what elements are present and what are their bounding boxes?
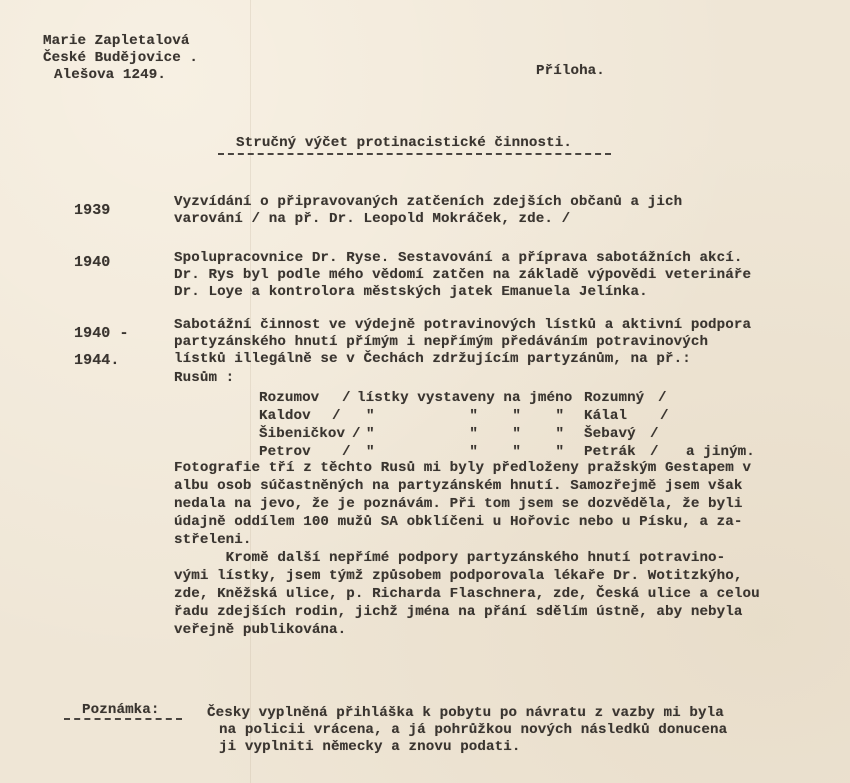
paragraph-line: Kromě další nepřímé podpory partyzánskéh… — [174, 551, 725, 565]
alias-real-name: Petrák — [584, 445, 636, 459]
alias-real-name: Rozumný — [584, 391, 644, 405]
entry-line: Spolupracovnice Dr. Ryse. Sestavování a … — [174, 251, 743, 265]
title-underline — [218, 153, 611, 155]
alias-end-slash: / — [658, 391, 667, 405]
alias-end-slash: / — [650, 445, 659, 459]
typewritten-page: Marie Zapletalová České Budějovice . Ale… — [0, 0, 850, 783]
entry-line: varování / na př. Dr. Leopold Mokráček, … — [174, 212, 570, 226]
paragraph-line: veřejně publikována. — [174, 623, 346, 637]
paragraph-line: řadu zdejších rodin, jichž jména na přán… — [174, 605, 743, 619]
note-label: Poznámka: — [82, 703, 160, 717]
alias-real-name: Šebavý — [584, 427, 636, 441]
alias-note: lístky vystaveny na jméno — [357, 391, 572, 405]
alias-ditto: " " " " — [366, 445, 564, 459]
alias-real-name: Kálal — [584, 409, 627, 423]
paragraph-line: střeleni. — [174, 533, 252, 547]
entry-line: Dr. Rys byl podle mého vědomí zatčen na … — [174, 268, 751, 282]
alias-separator: / — [352, 427, 361, 441]
entry-year-end: 1944. — [74, 353, 120, 368]
entry-year-1940: 1940 — [74, 255, 110, 270]
sender-name: Marie Zapletalová — [43, 34, 189, 48]
paragraph-line: zde, Kněžská ulice, p. Richarda Flaschne… — [174, 587, 760, 601]
paragraph-line: údajně oddílem 100 mužů SA obklíčeni u H… — [174, 515, 743, 529]
document-title: Stručný výčet protinacistické činnosti. — [236, 136, 572, 150]
entry-line: Dr. Loye a kontrolora městských jatek Em… — [174, 285, 648, 299]
alias-ditto: " " " " — [366, 409, 564, 423]
entry-line: lístků illegálně se v Čechách zdržujícím… — [174, 352, 691, 366]
alias-name: Rozumov — [259, 391, 319, 405]
entry-line: Rusům : — [174, 371, 234, 385]
alias-separator: / — [332, 409, 341, 423]
alias-separator: / — [342, 391, 351, 405]
entry-year-start: 1940 - — [74, 326, 129, 341]
entry-line: Sabotážní činnost ve výdejně potravinový… — [174, 318, 751, 332]
alias-end-slash: / — [650, 427, 659, 441]
entry-line: Vyzvídání o připravovaných zatčeních zde… — [174, 195, 682, 209]
note-line: Česky vyplněná přihláška k pobytu po náv… — [207, 706, 724, 720]
alias-end-slash: / — [660, 409, 669, 423]
attachment-label: Příloha. — [536, 64, 605, 78]
alias-name: Petrov — [259, 445, 311, 459]
paper-fold-line — [250, 0, 251, 783]
paragraph-line: Fotografie tří z těchto Rusů mi byly pře… — [174, 461, 751, 475]
paragraph-line: nedala na jevo, že je poznávám. Při tom … — [174, 497, 743, 511]
alias-tail: a jiným. — [686, 445, 755, 459]
sender-city: České Budějovice . — [43, 51, 198, 65]
alias-separator: / — [342, 445, 351, 459]
note-line: na policii vrácena, a já pohrůžkou novýc… — [219, 723, 727, 737]
paragraph-line: vými lístky, jsem týmž způsobem podporov… — [174, 569, 743, 583]
paragraph-line: albu osob súčastněných na partyzánském h… — [174, 479, 743, 493]
sender-street: Alešova 1249. — [54, 68, 166, 82]
alias-name: Kaldov — [259, 409, 311, 423]
entry-line: partyzánského hnutí přímým i nepřímým př… — [174, 335, 708, 349]
note-label-underline — [64, 718, 182, 720]
alias-ditto: " " " " — [366, 427, 564, 441]
entry-year-1939: 1939 — [74, 203, 110, 218]
alias-name: Šibeničkov — [259, 427, 345, 441]
note-line: ji vyplniti německy a znovu podati. — [219, 740, 521, 754]
